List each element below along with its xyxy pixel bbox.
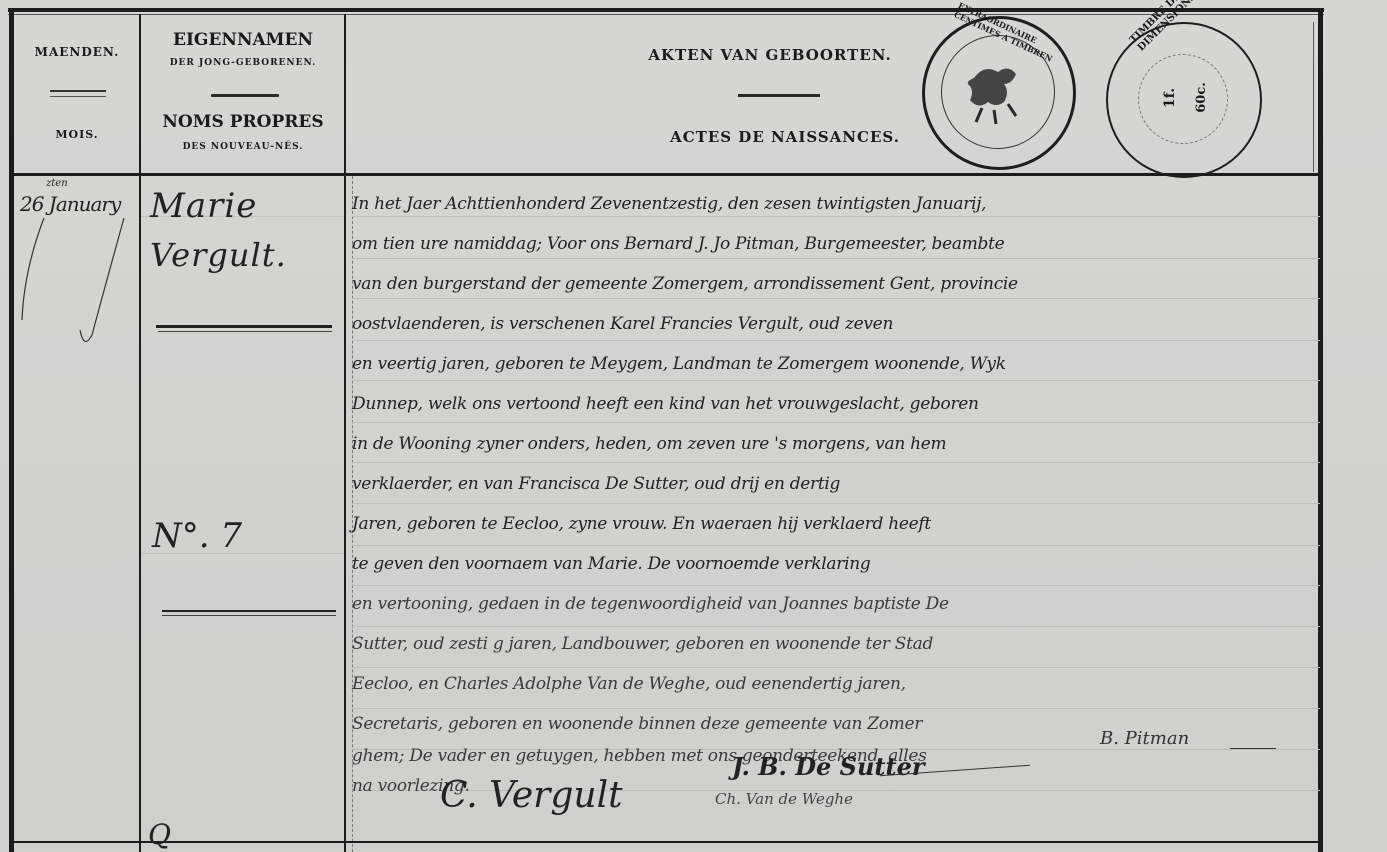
ruled-line (352, 422, 1320, 423)
name-underline-thin (158, 331, 332, 332)
ruled-line (352, 626, 1320, 627)
frame-right-border (1318, 8, 1323, 852)
header-acts-nl: AKTEN VAN GEBOORTEN. (560, 46, 980, 64)
name-underline (156, 325, 332, 328)
ruled-line (352, 708, 1320, 709)
header-month-nl: MAENDEN. (14, 45, 140, 59)
header-month-separator (50, 90, 106, 97)
ruled-line (352, 340, 1320, 341)
record-number-underline (162, 610, 336, 612)
frame-right-inner-rule (1313, 22, 1314, 172)
act-line-1: In het Jaer Achttienhonderd Zevenentzest… (352, 194, 986, 214)
act-line-13: Eecloo, en Charles Adolphe Van de Weghe,… (352, 674, 906, 694)
next-entry-fragment: Q (148, 818, 171, 851)
child-given-name: Marie (150, 186, 257, 226)
header-names-fr: NOMS PROPRES (141, 112, 345, 132)
signature-witness-1: J. B. De Sutter (732, 752, 925, 781)
divider-names-acts (344, 14, 346, 852)
ruled-line (352, 298, 1320, 299)
ruled-line (352, 258, 1320, 259)
ruled-line (352, 667, 1320, 668)
act-line-8: verklaerder, en van Francisca De Sutter,… (352, 474, 840, 494)
act-line-14: Secretaris, geboren en woonende binnen d… (352, 714, 922, 734)
header-bottom-rule (14, 173, 1318, 176)
act-line-10: te geven den voornaem van Marie. De voor… (352, 554, 870, 574)
header-names-subtitle-fr: DES NOUVEAU-NÉS. (141, 142, 345, 152)
ruled-line (352, 462, 1320, 463)
signature-father: C. Vergult (440, 775, 623, 816)
signature-mayor: B. Pitman (1100, 728, 1189, 749)
stamp-value-francs: 1f. (1162, 88, 1178, 108)
entry-bottom-rule (14, 841, 1318, 843)
register-page: MAENDEN. MOIS. EIGENNAMEN DER JONG-GEBOR… (0, 0, 1387, 852)
record-number: N°. 7 (152, 516, 242, 556)
act-line-6: Dunnep, welk ons vertoond heeft een kind… (352, 394, 979, 414)
act-line-5: en veertig jaren, geboren te Meygem, Lan… (352, 354, 1006, 374)
act-line-3: van den burgerstand der gemeente Zomerge… (352, 274, 1018, 294)
header-acts-separator (738, 94, 820, 97)
act-line-4: oostvlaenderen, is verschenen Karel Fran… (352, 314, 893, 334)
header-month-fr: MOIS. (14, 128, 140, 141)
act-line-12: Sutter, oud zesti g jaren, Landbouwer, g… (352, 634, 933, 654)
act-line-7: in de Wooning zyner onders, heden, om ze… (352, 434, 946, 454)
child-surname: Vergult. (150, 236, 287, 274)
header-names-subtitle-nl: DER JONG-GEBORENEN. (141, 58, 345, 68)
lion-seal-stamp: EXTRAORDINAIRE CENTIMES A TIMBREN (922, 16, 1076, 170)
frame-top-border (8, 8, 1324, 12)
ruled-line (352, 545, 1320, 546)
signature-mayor-flourish (1230, 748, 1276, 749)
stamp-value-centimes: 60c. (1194, 82, 1209, 113)
act-line-11: en vertooning, gedaen in de tegenwoordig… (352, 594, 949, 614)
header-names-separator (211, 94, 279, 97)
ruled-line (352, 216, 1320, 217)
ruled-line (352, 585, 1320, 586)
act-line-2: om tien ure namiddag; Voor ons Bernard J… (352, 234, 1004, 254)
frame-top-inner-rule (8, 14, 1324, 15)
date-superscript: zten (46, 178, 68, 189)
dimension-stamp: TIMBRE DE DIMENSION. 1f. 60c. (1106, 22, 1262, 178)
act-line-9: Jaren, geboren te Eecloo, zyne vrouw. En… (352, 514, 931, 534)
date-flourish-icon (14, 210, 134, 350)
ruled-line (352, 380, 1320, 381)
signature-witness-2: Ch. Van de Weghe (715, 790, 853, 808)
record-number-underline-thin (162, 615, 336, 616)
ruled-line (352, 503, 1320, 504)
header-names-nl: EIGENNAMEN (141, 30, 345, 50)
